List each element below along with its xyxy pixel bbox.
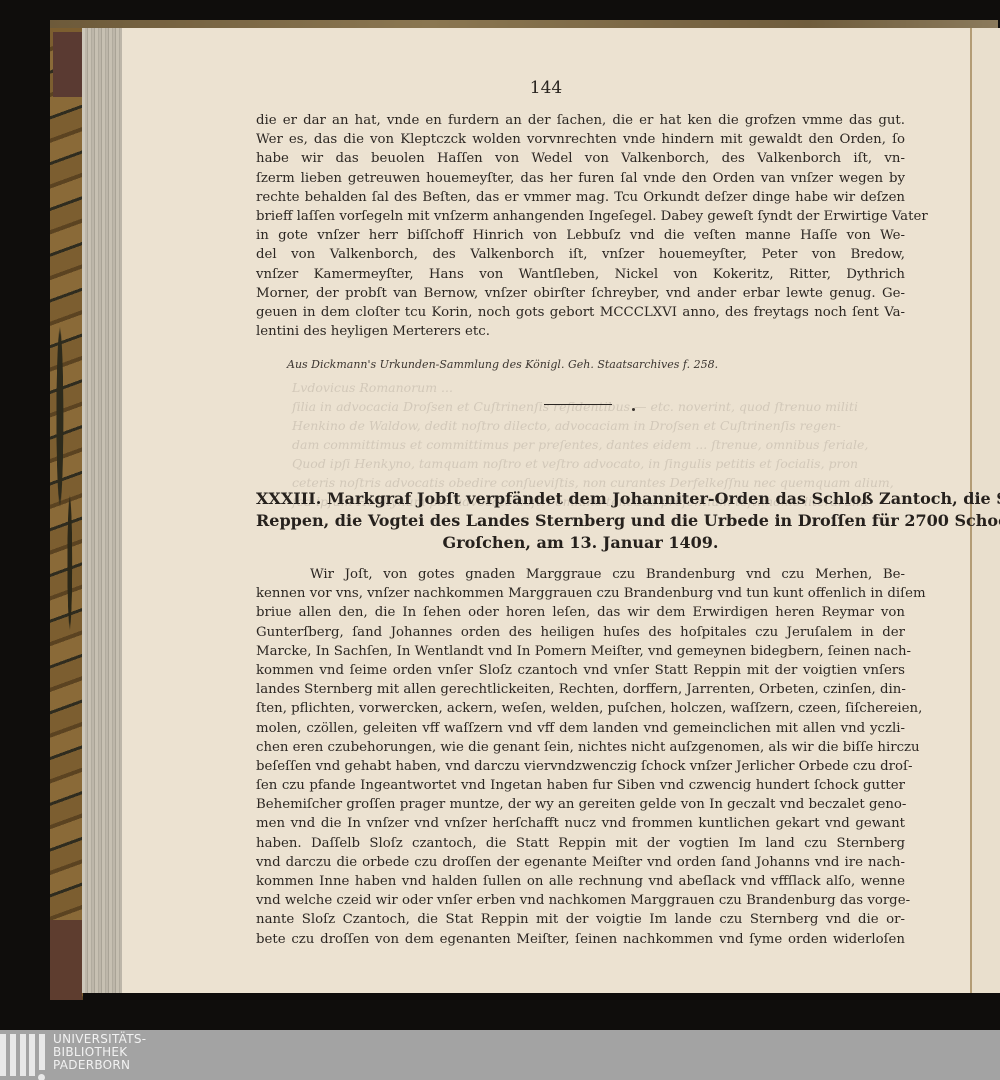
text-line: kommen vnd ſeime orden vnſer Sloſz czant… xyxy=(256,661,905,680)
text-line: briue allen den, die In ſehen oder horen… xyxy=(256,603,905,622)
text-line: die er dar an hat, vnde en furdern an de… xyxy=(256,111,905,130)
logo-dot xyxy=(38,1074,45,1080)
continued-document-text: die er dar an hat, vnde en furdern an de… xyxy=(256,111,905,341)
text-line: lentini des heyligen Merterers etc. xyxy=(256,322,905,341)
bleed-line: Quod ipſi Henkyno, tamquam noſtro et veſ… xyxy=(292,454,932,473)
text-line: ſen czu pfande Ingeantwortet vnd Ingetan… xyxy=(256,776,905,795)
section-divider-rule xyxy=(544,404,612,405)
document-title-line: Groſchen, am 13. Januar 1409. xyxy=(256,532,905,554)
marbled-binding xyxy=(50,28,83,1000)
document-body: Wir Joſt, von gotes gnaden Marggraue czu… xyxy=(256,565,905,949)
page-number: 144 xyxy=(122,78,970,98)
book-page: 144 Lvdovicus Romanorum ... ſilia in adv… xyxy=(122,28,970,993)
text-line: ſzerm lieben getreuwen houemeyſter, das … xyxy=(256,169,905,188)
bleed-line: dam committimus et committimus per preſe… xyxy=(292,435,932,454)
text-line: habe wir das beuolen Haſſen von Wedel vo… xyxy=(256,149,905,168)
text-line: men vnd die In vnſzer vnd vnſzer herſcha… xyxy=(256,814,905,833)
ub-paderborn-bars-logo-icon xyxy=(0,1030,48,1080)
logo-bar xyxy=(29,1034,35,1076)
text-line: kennen vor vns, vnſzer nachkommen Marggr… xyxy=(256,584,905,603)
logo-bar xyxy=(10,1034,16,1076)
text-line: Marcke, In Sachſen, In Wentlandt vnd In … xyxy=(256,642,905,661)
document-title-line: Markgraf Jobſt verpfändet dem Johanniter… xyxy=(327,489,1000,508)
logo-text-line: PADERBORN xyxy=(53,1059,146,1072)
binding-leather-corner-top xyxy=(53,32,83,97)
text-line: ſten, pflichten, vorwercken, ackern, weſ… xyxy=(256,699,905,718)
document-title-line: Reppen, die Vogtei des Landes Sternberg … xyxy=(256,510,905,532)
text-line: molen, czöllen, geleiten vff waſſzern vn… xyxy=(256,719,905,738)
text-line: del von Valkenborch, des Valkenborch iſt… xyxy=(256,245,905,264)
text-line: rechte behalden ſal des Beſten, das er v… xyxy=(256,188,905,207)
bleed-line: ſilia in advocacia Droſsen et Cuſtrinenſ… xyxy=(292,397,932,416)
bleed-line: Henkino de Waldow, dedit noſtro dilecto,… xyxy=(292,416,932,435)
library-footer-bar: UNIVERSITÄTS- BIBLIOTHEK PADERBORN xyxy=(0,1030,1000,1080)
page-stack-edge-left xyxy=(82,28,125,993)
text-line: Gunterſberg, ſand Johannes orden des hei… xyxy=(256,623,905,642)
logo-bar xyxy=(39,1034,45,1070)
heading-line: XXXIII. Markgraf Jobſt verpfändet dem Jo… xyxy=(256,488,905,510)
text-line: beſeſſen vnd gehabt haben, vnd darczu vi… xyxy=(256,757,905,776)
source-citation: Aus Dickmann's Urkunden-Sammlung des Kön… xyxy=(287,358,718,371)
text-line: geuen in dem cloſter tcu Korin, noch got… xyxy=(256,303,905,322)
text-line: vnd welche czeid wir oder vnſer erben vn… xyxy=(256,891,905,910)
logo-bar xyxy=(20,1034,26,1076)
ink-speck xyxy=(632,408,635,411)
text-line: bete czu droſſen von dem egenanten Meiſt… xyxy=(256,930,905,949)
text-line: Morner, der probſt van Bernow, vnſzer ob… xyxy=(256,284,905,303)
text-line: Wer es, das die von Kleptczck wolden vor… xyxy=(256,130,905,149)
text-line: vnſzer Kamermeyſter, Hans von Wantſleben… xyxy=(256,265,905,284)
text-line: brieff laſſen vorſegeln mit vnſzerm anha… xyxy=(256,207,905,226)
logo-bar xyxy=(0,1034,6,1076)
text-line: Behemiſcher groſſen prager muntze, der w… xyxy=(256,795,905,814)
library-logo-text: UNIVERSITÄTS- BIBLIOTHEK PADERBORN xyxy=(53,1033,146,1072)
text-line: landes Sternberg mit allen gerechtlickei… xyxy=(256,680,905,699)
bleed-line: Lvdovicus Romanorum ... xyxy=(292,378,932,397)
document-number: XXXIII. xyxy=(256,489,321,508)
text-line: Wir Joſt, von gotes gnaden Marggraue czu… xyxy=(256,565,905,584)
text-line: nante Sloſz Czantoch, die Stat Reppin mi… xyxy=(256,910,905,929)
document-heading: XXXIII. Markgraf Jobſt verpfändet dem Jo… xyxy=(256,488,905,554)
text-line: kommen Inne haben vnd halden ſullen on a… xyxy=(256,872,905,891)
binding-leather-corner-bottom xyxy=(50,920,82,1000)
text-line: haben. Daſſelb Sloſz czantoch, die Statt… xyxy=(256,834,905,853)
text-line: in gote vnſzer herr biſſchoff Hinrich vo… xyxy=(256,226,905,245)
text-line: chen eren czubehorungen, wie die genant … xyxy=(256,738,905,757)
text-line: vnd darczu die orbede czu droſſen der eg… xyxy=(256,853,905,872)
